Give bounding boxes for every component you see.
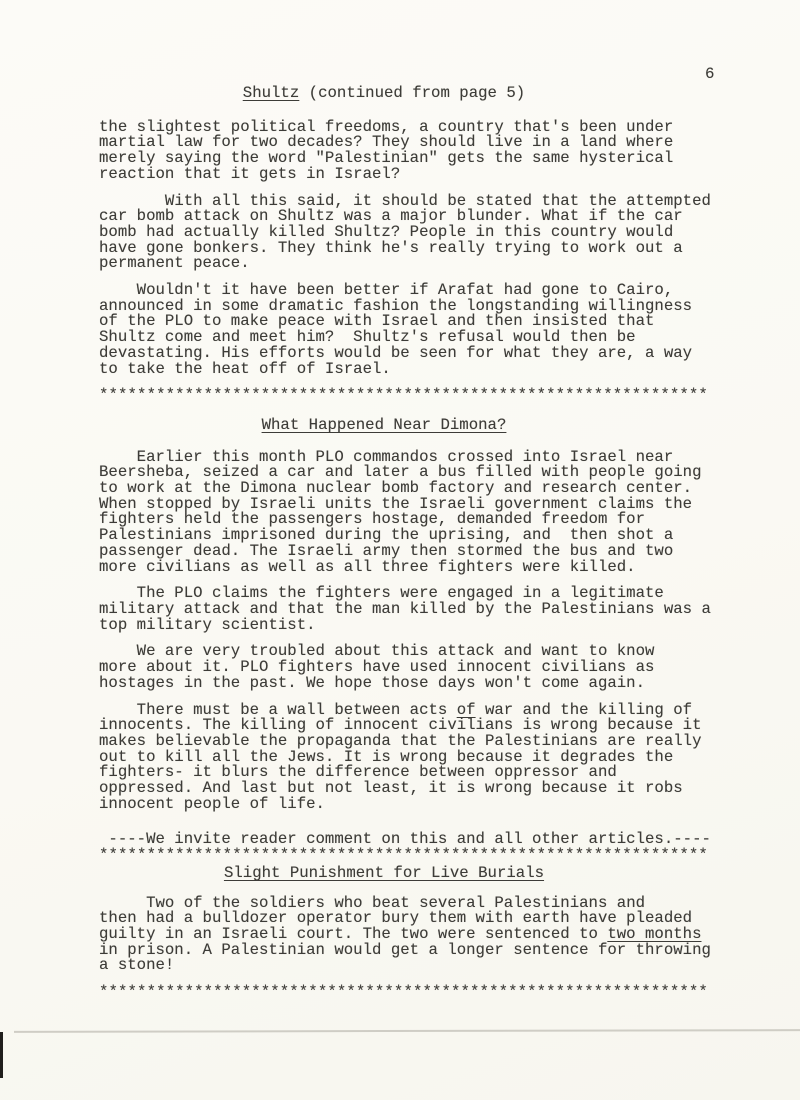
asterisk-divider: ****************************************… — [99, 985, 721, 1001]
page-number: 6 — [705, 67, 714, 83]
burials-paragraph-before: Two of the soldiers who beat several Pal… — [99, 894, 692, 943]
article-title-shultz-note: (continued from page 5) — [299, 84, 525, 102]
dimona-paragraph-3: We are very troubled about this attack a… — [99, 644, 721, 691]
shultz-paragraph-3: Wouldn't it have been better if Arafat h… — [99, 283, 721, 377]
shultz-paragraph-2: With all this said, it should be stated … — [99, 194, 721, 273]
scan-edge-mark-artifact — [0, 1032, 3, 1078]
scanned-newsletter-page: 6 Shultz (continued from page 5) the sli… — [0, 0, 800, 1100]
article-title-burials: Slight Punishment for Live Burials — [73, 866, 695, 882]
dimona-paragraph-1: Earlier this month PLO commandos crossed… — [99, 450, 721, 576]
dimona-paragraph-4-after: war and the killing of innocents. The ki… — [99, 701, 702, 813]
article-title-shultz-underlined: Shultz — [243, 84, 299, 102]
shultz-paragraph-1: the slightest political freedoms, a coun… — [99, 120, 721, 183]
dimona-paragraph-4: There must be a wall between acts of war… — [99, 703, 721, 813]
asterisk-divider: ****************************************… — [99, 388, 721, 404]
burials-paragraph-after: in prison. A Palestinian would get a lon… — [99, 941, 711, 975]
article-title-dimona: What Happened Near Dimona? — [73, 418, 695, 434]
dimona-paragraph-2: The PLO claims the fighters were engaged… — [99, 586, 721, 633]
burials-paragraph: Two of the soldiers who beat several Pal… — [99, 896, 721, 975]
asterisk-divider: ****************************************… — [99, 848, 721, 864]
scan-hairline-artifact — [14, 1029, 800, 1032]
text-column: Shultz (continued from page 5) the sligh… — [99, 86, 721, 1001]
article-title-shultz: Shultz (continued from page 5) — [73, 86, 695, 102]
